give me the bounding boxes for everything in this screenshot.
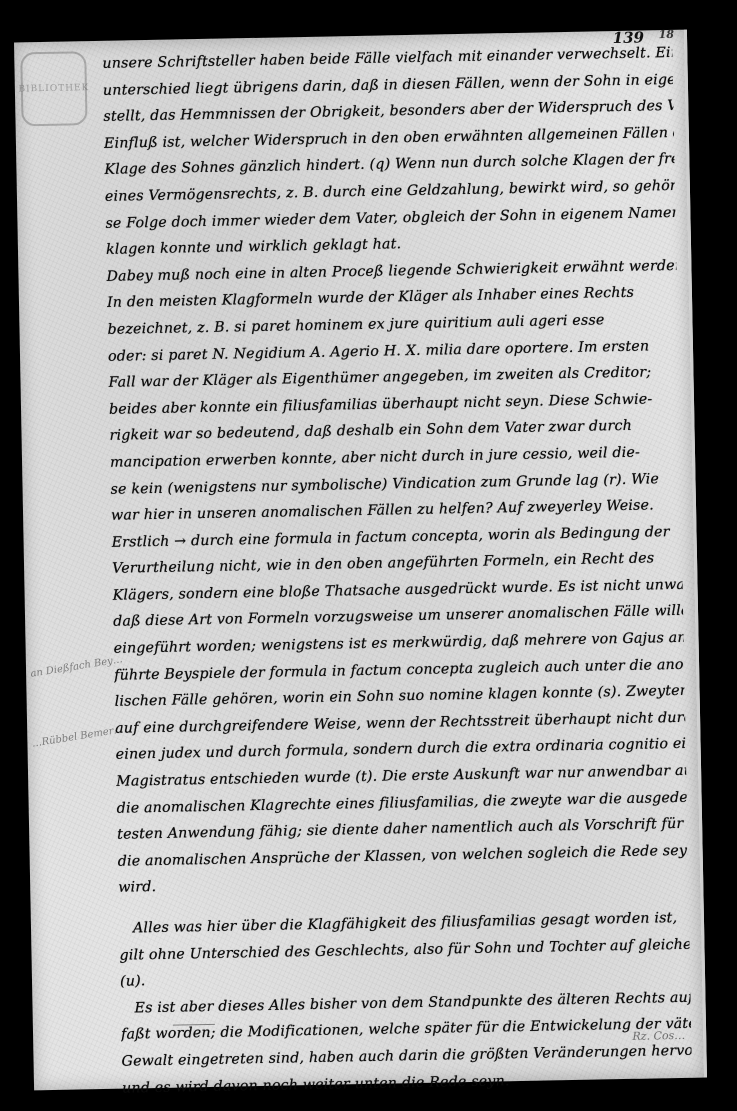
library-stamp: BIBLIOTHEK — [20, 51, 87, 126]
line-text: und es wird davon noch weiter unten die … — [122, 1073, 510, 1096]
footer-annotation: Rz. Cos… — [632, 1029, 685, 1043]
line-text: (u). — [120, 973, 146, 989]
margin-note: an Dießfach Bey… — [30, 654, 124, 680]
line-text: wird. — [118, 879, 156, 896]
stamp-text: BIBLIOTHEK — [18, 83, 89, 94]
margin-note: …Rübbel Bemer… — [31, 724, 124, 749]
manuscript-text: unsere Schriftsteller haben beide Fälle … — [102, 40, 692, 1102]
line-text: bezeichnet, z. B. si paret hominem ex ju… — [107, 312, 604, 338]
manuscript-page: BIBLIOTHEK 139 18 an Dießfach Bey… …Rübb… — [14, 30, 707, 1091]
line-text: klagen konnte und wirklich geklagt hat. — [106, 236, 402, 258]
